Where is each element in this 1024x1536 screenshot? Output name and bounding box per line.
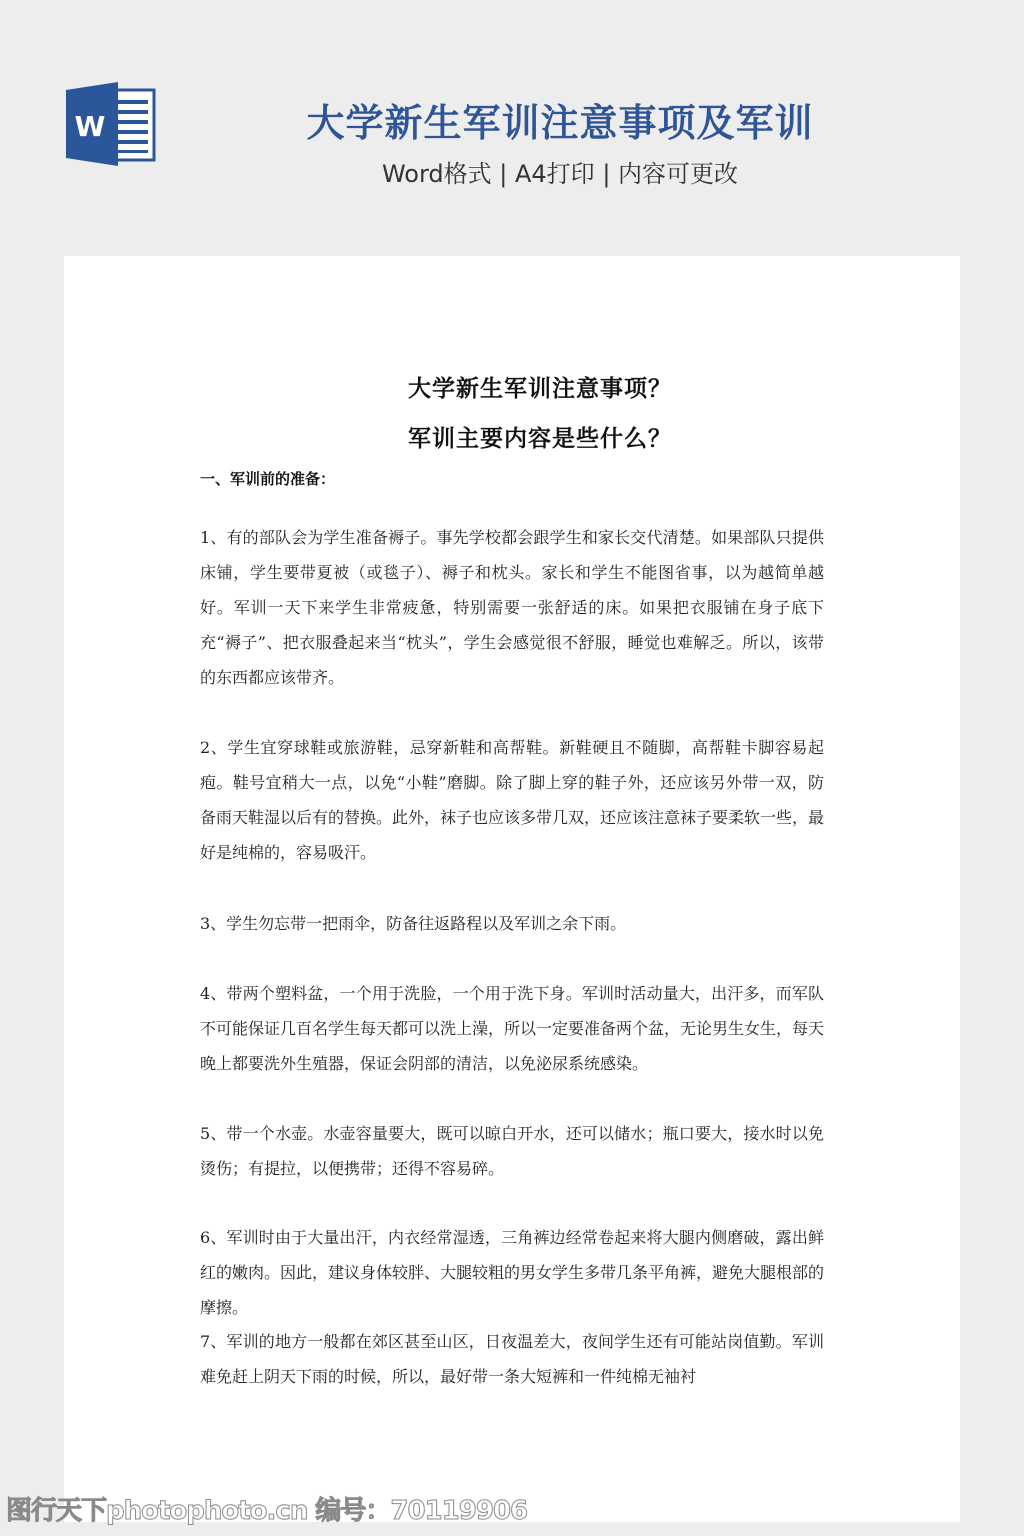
- document-title-line2: 军训主要内容是些什么？: [64, 420, 960, 453]
- banner-subtitle: Word格式 | A4打印 | 内容可更改: [230, 154, 890, 189]
- watermark: 图行天下photophoto.cn 编号：70119906: [6, 1490, 527, 1527]
- paragraph-1: 1、有的部队会为学生准备褥子。事先学校都会跟学生和家长交代清楚。如果部队只提供床…: [200, 520, 824, 695]
- paragraph-3: 3、学生勿忘带一把雨伞，防备往返路程以及军训之余下雨。: [200, 906, 824, 941]
- word-icon: W: [64, 82, 156, 166]
- svg-text:W: W: [75, 110, 106, 143]
- paragraph-4: 4、带两个塑料盆，一个用于洗脸，一个用于洗下身。军训时活动量大，出汗多，而军队不…: [200, 976, 824, 1081]
- paragraph-6: 6、军训时由于大量出汗，内衣经常湿透，三角裤边经常卷起来将大腿内侧磨破，露出鲜红…: [200, 1220, 824, 1325]
- paragraph-5: 5、带一个水壶。水壶容量要大，既可以晾白开水，还可以储水；瓶口要大，接水时以免烫…: [200, 1116, 824, 1186]
- banner: W 大学新生军训注意事项及军训 Word格式 | A4打印 | 内容可更改: [0, 0, 1024, 256]
- document-title-line1: 大学新生军训注意事项？: [64, 370, 960, 403]
- banner-title: 大学新生军训注意事项及军训: [230, 92, 890, 147]
- paragraph-2: 2、学生宜穿球鞋或旅游鞋，忌穿新鞋和高帮鞋。新鞋硬且不随脚，高帮鞋卡脚容易起疱。…: [200, 730, 824, 870]
- document-page: 大学新生军训注意事项？ 军训主要内容是些什么？ 一、军训前的准备： 1、有的部队…: [64, 256, 960, 1522]
- paragraph-7: 7、军训的地方一般都在郊区甚至山区，日夜温差大，夜间学生还有可能站岗值勤。军训难…: [200, 1324, 824, 1394]
- section-heading: 一、军训前的准备：: [200, 468, 335, 489]
